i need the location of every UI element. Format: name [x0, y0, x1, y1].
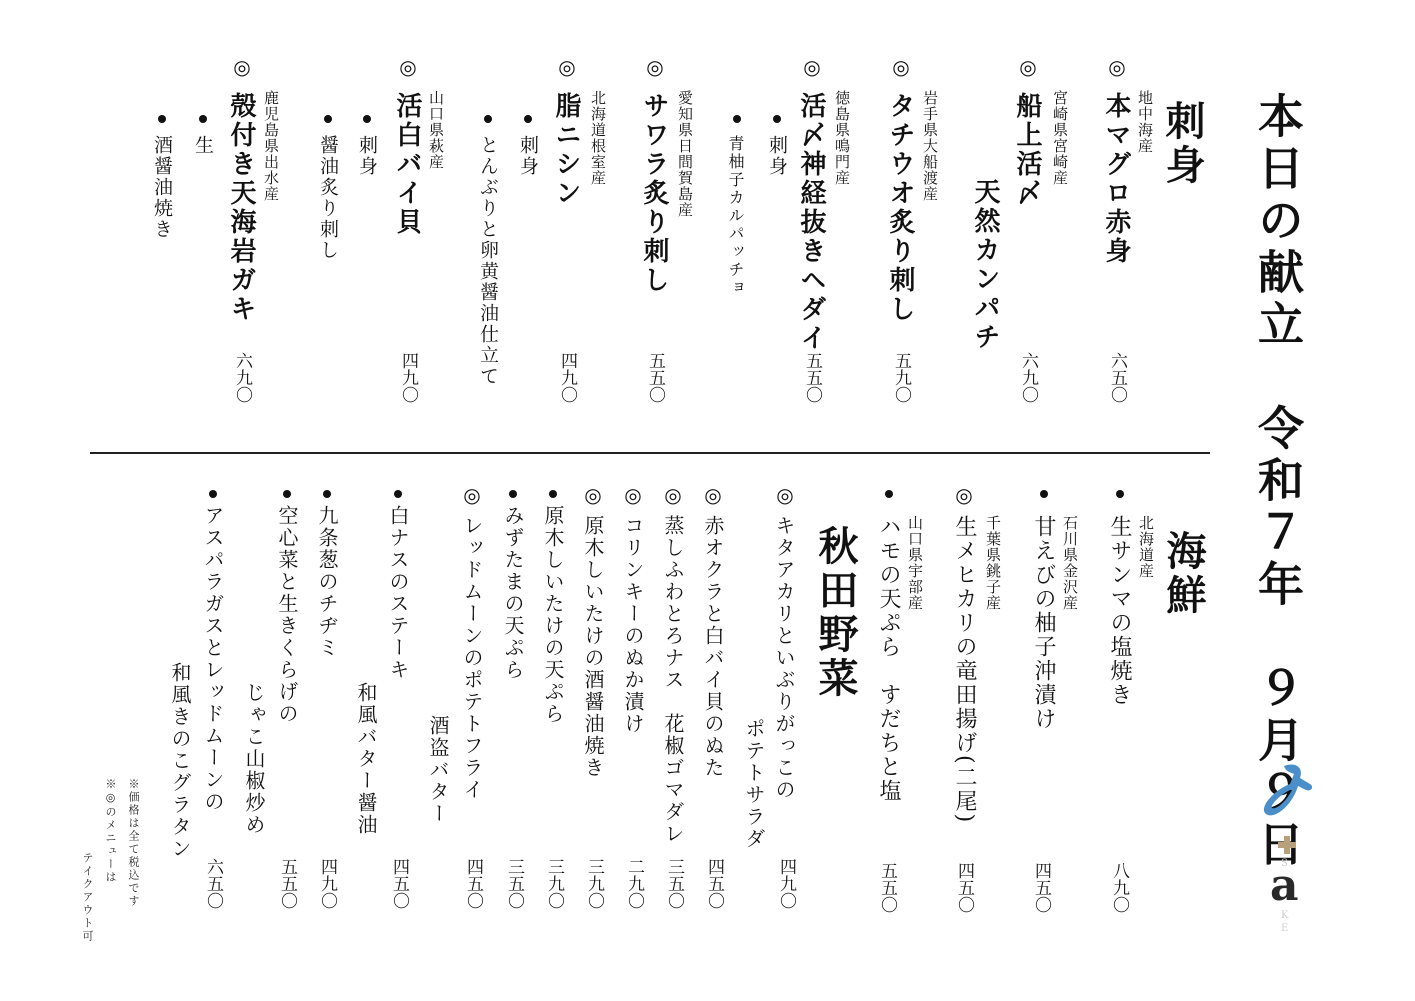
origin-label: 岩手県大船渡産 [922, 90, 937, 202]
bullet-icon [1040, 490, 1048, 498]
price: 六五〇 [204, 858, 221, 909]
bullet-icon [524, 115, 532, 123]
price: 五五〇 [278, 858, 295, 909]
takeout-mark-icon: ◎ [396, 55, 420, 79]
takeout-mark-icon: ◎ [952, 483, 976, 507]
dish-name: 活白バイ貝 [394, 92, 420, 237]
dish-name: 原木しいたけの酒醤油焼き [583, 515, 603, 779]
bullet-icon [323, 490, 331, 498]
page-title: 本日の献立 令和７年 ９月９日 [1255, 92, 1301, 872]
bullet-icon [885, 490, 893, 498]
origin-label: 山口県萩産 [428, 90, 443, 170]
bullet-icon [394, 490, 402, 498]
takeout-mark-icon: ◎ [701, 483, 725, 507]
bullet-icon [158, 115, 166, 123]
dish-name-line2: ポテトサラダ [744, 718, 764, 850]
dish-name: 蒸しふわとろナス 花椒ゴマダレ [663, 515, 683, 845]
price: 五九〇 [892, 352, 909, 403]
dish-name: アスパラガスとレッドムーンの [203, 505, 223, 813]
dish-name: レッドムーンのポテトフライ [462, 515, 482, 801]
takeout-mark-icon: ◎ [661, 483, 685, 507]
bullet-icon [199, 115, 207, 123]
takeout-mark-icon: ◎ [643, 55, 667, 79]
takeout-mark-icon: ◎ [581, 483, 605, 507]
origin-label: 千葉県銚子産 [985, 515, 1000, 611]
origin-label: 山口県宇部産 [907, 515, 922, 611]
takeout-mark-icon: ◎ [230, 55, 254, 79]
dish-name-line2: 和風きのこグラタン [170, 662, 190, 860]
logo-plus-icon [1277, 835, 1297, 855]
price: 四五〇 [955, 862, 972, 913]
bullet-icon [509, 490, 517, 498]
dish-name: 本マグロ赤身 [1103, 92, 1129, 266]
dish-name-line2: 酒盗バター [428, 715, 448, 825]
takeout-mark-icon: ◎ [555, 55, 579, 79]
price: 三九〇 [585, 858, 602, 909]
dish-name: タチウオ炙り刺し [887, 92, 913, 324]
option-label: 青柚子カルパッチョ [727, 135, 743, 297]
origin-label: 北海道根室産 [590, 90, 605, 186]
logo-letter-a: a [1270, 864, 1299, 908]
dish-name: みずたまの天ぷら [503, 505, 523, 681]
dish-name-line2: 和風バター醤油 [356, 682, 376, 836]
price: 二九〇 [625, 858, 642, 909]
takeout-mark-icon: ◎ [621, 483, 645, 507]
dish-name: 原木しいたけの天ぷら [543, 505, 563, 725]
option-label: 刺身 [357, 135, 376, 177]
bullet-icon [733, 115, 741, 123]
dish-name: 赤オクラと白バイ貝のぬた [703, 515, 723, 779]
dish-name: 生サンマの塩焼き [1108, 515, 1130, 707]
price: 四九〇 [399, 352, 416, 403]
price: 四五〇 [705, 858, 722, 909]
section-header-seafood: 海鮮 [1163, 530, 1203, 618]
price: 六九〇 [1019, 352, 1036, 403]
bullet-icon [283, 490, 291, 498]
option-label: 酒醤油焼き [152, 135, 171, 240]
price: 四五〇 [1032, 862, 1049, 913]
dish-name: サワラ炙り刺し [641, 92, 667, 295]
origin-label: 愛知県日間賀島産 [677, 90, 692, 218]
origin-label: 宮崎県宮崎産 [1052, 90, 1067, 186]
price: 三九〇 [545, 858, 562, 909]
origin-label: 石川県金沢産 [1062, 515, 1077, 611]
price: 四九〇 [558, 352, 575, 403]
dish-name: 九条葱のチヂミ [317, 505, 337, 659]
option-label: 刺身 [767, 135, 786, 177]
section-divider [90, 452, 1210, 454]
bullet-icon [324, 115, 332, 123]
dish-name: 殻付き天海岩ガキ [228, 92, 254, 324]
dish-name: 空心菜と生きくらげの [277, 505, 297, 725]
origin-label: 徳島県鳴門産 [834, 90, 849, 186]
price: 五五〇 [878, 862, 895, 913]
dish-name: 活〆神経抜きヘダイ [798, 92, 824, 353]
dish-name: 船上活〆 [1014, 92, 1040, 208]
dish-name-line2: じゃこ山椒炒め [244, 682, 264, 836]
dish-name: コリンキーのぬか漬け [623, 515, 643, 735]
dish-name: ハモの天ぷら すだちと塩 [877, 515, 899, 803]
price: 八九〇 [1110, 862, 1127, 913]
bullet-icon [209, 490, 217, 498]
bullet-icon [363, 115, 371, 123]
takeout-mark-icon: ◎ [1016, 55, 1040, 79]
price: 三五〇 [505, 858, 522, 909]
dish-name: キタアカリといぶりがっこの [774, 515, 794, 801]
takeout-note-line2: テイクアウト可 [82, 852, 93, 943]
price: 五五〇 [646, 352, 663, 403]
bullet-icon [1116, 490, 1124, 498]
takeout-mark-icon: ◎ [1105, 55, 1129, 79]
logo-letter-e: E [1281, 923, 1288, 934]
price: 四五〇 [390, 858, 407, 909]
option-label: 刺身 [518, 135, 537, 177]
option-label: とんぶりと卵黄醤油仕立て [478, 135, 497, 387]
takeout-note: ※◎のメニューは [105, 778, 116, 884]
price: 四九〇 [777, 858, 794, 909]
origin-label: 鹿児島県出水産 [263, 90, 278, 202]
dish-name: 白ナスのステーキ [388, 505, 408, 681]
section-header-sashimi: 刺身 [1162, 100, 1202, 188]
tax-note: ※価格は全て税込です [128, 778, 139, 908]
origin-label: 北海道産 [1138, 515, 1153, 579]
takeout-mark-icon: ◎ [889, 55, 913, 79]
bullet-icon [484, 115, 492, 123]
dish-name: 脂ニシン [553, 92, 579, 208]
price: 六九〇 [233, 352, 250, 403]
store-logo: S a K E [1258, 760, 1318, 940]
logo-mi-icon [1260, 760, 1316, 830]
price: 四九〇 [318, 858, 335, 909]
takeout-mark-icon: ◎ [460, 483, 484, 507]
dish-name-line2: 天然カンパチ [972, 178, 998, 352]
option-label: 生 [193, 135, 212, 156]
price: 六五〇 [1108, 352, 1125, 403]
section-header-akita-vegetables: 秋田野菜 [815, 525, 855, 701]
bullet-icon [773, 115, 781, 123]
dish-name: 甘えびの柚子沖漬け [1032, 515, 1054, 731]
dish-name: 生メヒカリの竜田揚げ(二尾) [953, 515, 975, 824]
price: 五五〇 [803, 352, 820, 403]
logo-letter-k: K [1281, 910, 1288, 921]
origin-label: 地中海産 [1137, 90, 1152, 154]
takeout-mark-icon: ◎ [800, 55, 824, 79]
price: 三五〇 [665, 858, 682, 909]
price: 四五〇 [464, 858, 481, 909]
takeout-mark-icon: ◎ [773, 483, 797, 507]
option-label: 醤油炙り刺し [318, 135, 337, 261]
bullet-icon [549, 490, 557, 498]
